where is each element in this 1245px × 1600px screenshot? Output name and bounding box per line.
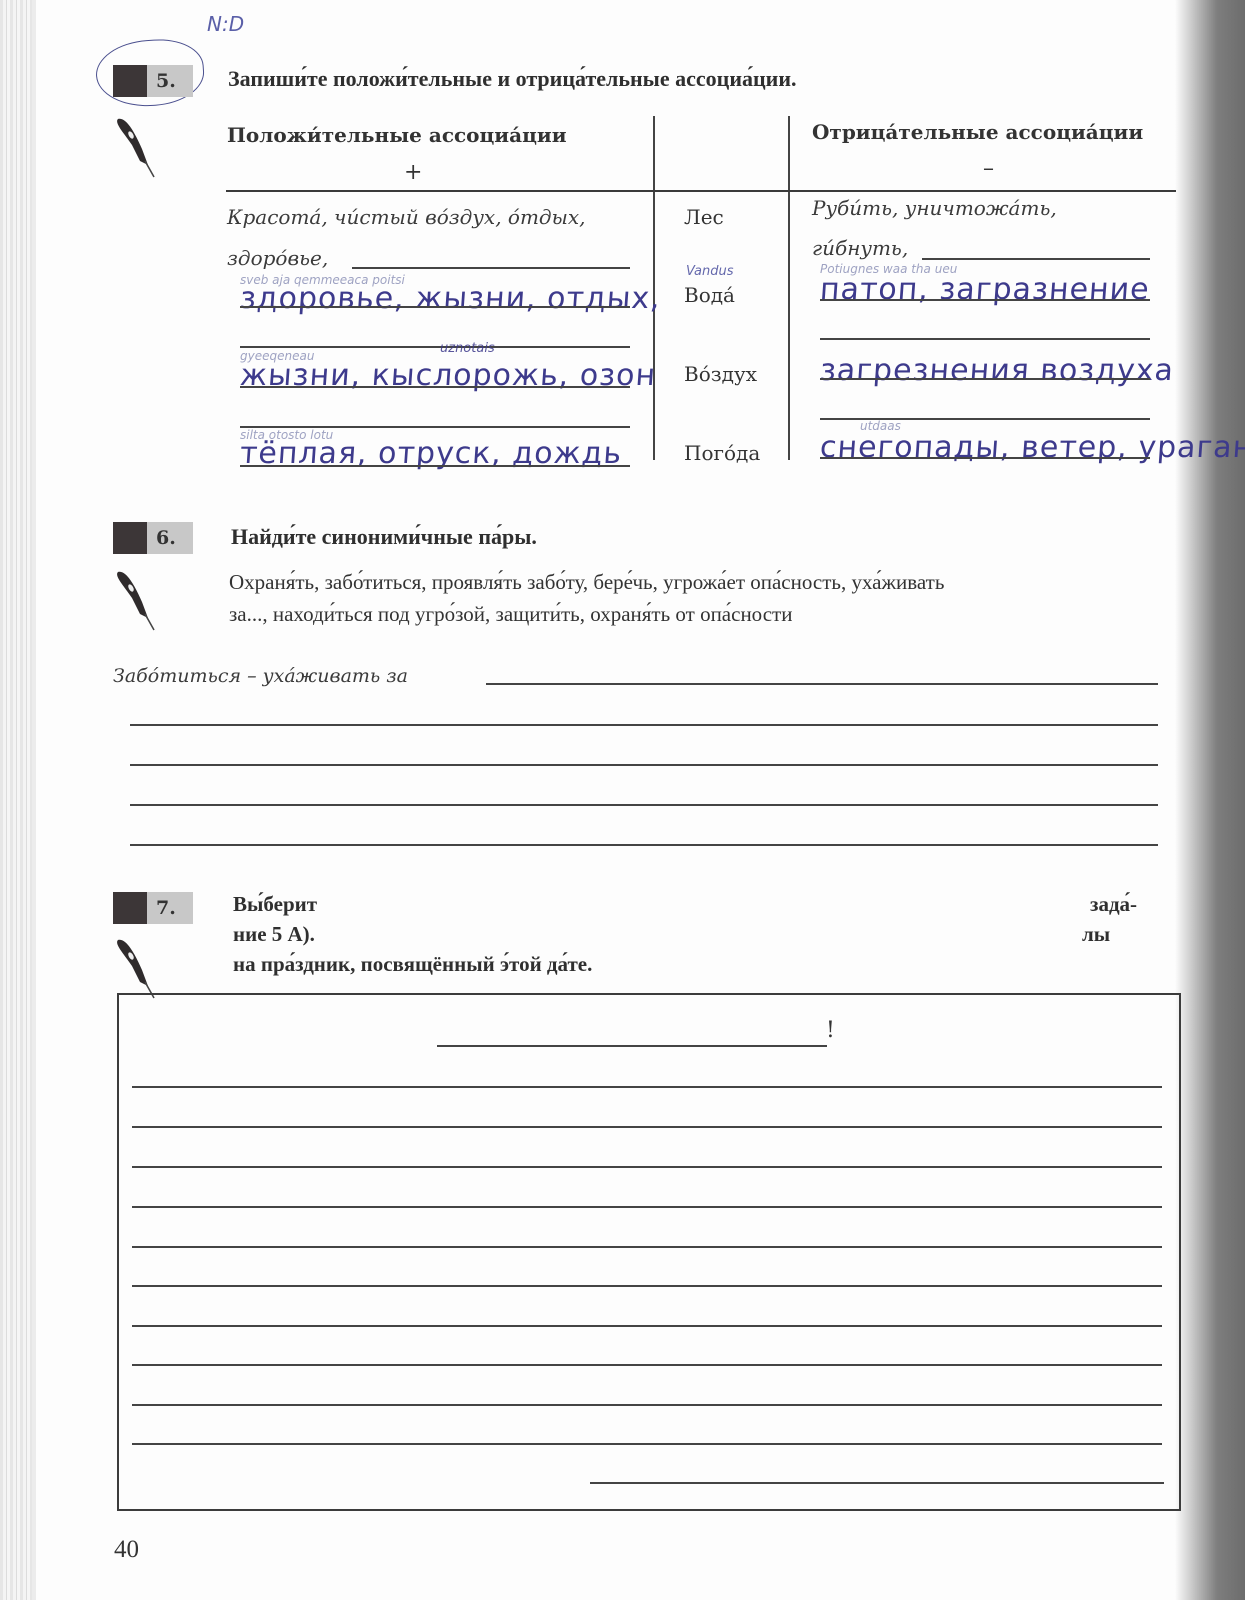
negative-printed-2: ги́бнуть, (812, 236, 908, 260)
example-pair: Забо́титься – уха́живать за (113, 665, 408, 687)
table-divider-right (788, 116, 790, 460)
answer-line[interactable] (132, 1126, 1162, 1128)
handwritten-answer: здоровье, жызни, отдых, (239, 281, 662, 316)
exercise-6-title: Найди́те синоними́чные па́ры. (231, 524, 537, 550)
answer-line[interactable] (132, 1206, 1162, 1208)
exercise-7-title-2-left: ние 5 А). (233, 922, 315, 947)
exercise-7-title-2-right: лы (1082, 922, 1110, 947)
exercise-6-badge: 6. (113, 522, 193, 554)
answer-line[interactable] (130, 764, 1158, 766)
pen-icon (112, 115, 160, 183)
answer-line[interactable] (352, 267, 630, 269)
answer-line[interactable] (132, 1285, 1162, 1287)
answer-line[interactable] (132, 1404, 1162, 1406)
handwritten-answer: снегопады, ветер, ураган (819, 430, 1245, 465)
positive-printed-2: здоро́вье, (227, 246, 328, 270)
positive-sign: + (404, 160, 422, 185)
greeting-exclamation: ! (826, 1018, 835, 1043)
answer-line[interactable] (820, 457, 1150, 459)
answer-line[interactable] (132, 1246, 1162, 1248)
positive-header: Положи́тельные ассоциа́ции (227, 123, 567, 147)
topic-forest: Лес (684, 205, 724, 229)
answer-line[interactable] (240, 346, 630, 348)
exercise-7-title-3: на пра́здник, посвящённый э́той да́те. (233, 952, 592, 977)
exercise-number: 6. (147, 522, 193, 554)
negative-header: Отрица́тельные ассоциа́ции (812, 120, 1143, 144)
pen-icon (112, 568, 160, 636)
exercise-7-title-1-left: Вы́берит (233, 892, 317, 917)
positive-printed-1: Красота́, чи́стый во́здух, о́тдых, (227, 205, 586, 229)
answer-line[interactable] (132, 1443, 1162, 1445)
exercise-number: 5. (147, 65, 193, 97)
answer-line[interactable] (820, 378, 1150, 380)
page-number: 40 (114, 1536, 139, 1564)
table-header-rule (226, 190, 1176, 192)
topic-water: Вода́ (684, 283, 735, 307)
answer-line[interactable] (922, 258, 1150, 260)
answer-line[interactable] (486, 683, 1158, 685)
answer-line[interactable] (130, 844, 1158, 846)
negative-printed-1: Руби́ть, уничтожа́ть, (812, 196, 1057, 220)
answer-line[interactable] (820, 299, 1150, 301)
negative-sign: – (983, 156, 994, 181)
pencil-note: uznotais (440, 341, 495, 356)
answer-line[interactable] (240, 306, 630, 308)
greeting-line[interactable] (437, 1045, 827, 1047)
exercise-7-badge: 7. (113, 892, 193, 924)
handwritten-answer: жызни, кыслорожь, озон (239, 358, 658, 393)
page-stack-edge (0, 0, 32, 1600)
handwritten-answer: загрезнения воздуха (819, 353, 1175, 388)
answer-line[interactable] (240, 386, 630, 388)
handwritten-answer: патоп, загразнение (819, 272, 1151, 307)
answer-line[interactable] (132, 1325, 1162, 1327)
exercise-5-title: Запиши́те положи́тельные и отрица́тельны… (228, 66, 797, 92)
answer-line[interactable] (820, 338, 1150, 340)
signature-line[interactable] (590, 1482, 1164, 1484)
answer-line[interactable] (130, 804, 1158, 806)
word-list-line-1: Охраня́ть, забо́титься, проявля́ть забо́… (229, 566, 944, 598)
handwritten-note-top: N:D (207, 12, 244, 36)
answer-line[interactable] (132, 1166, 1162, 1168)
exercise-number: 7. (147, 892, 193, 924)
answer-line[interactable] (132, 1086, 1162, 1088)
word-list-line-2: за..., находи́ться под угро́зой, защити́… (229, 598, 792, 630)
topic-weather: Пого́да (684, 441, 760, 465)
answer-line[interactable] (130, 724, 1158, 726)
invitation-answer-box (117, 993, 1181, 1511)
answer-line[interactable] (240, 465, 630, 467)
pencil-note: Vandus (686, 264, 734, 279)
book-spine-shadow (1175, 0, 1245, 1600)
exercise-7-title-1-right: зада́- (1090, 892, 1137, 917)
topic-air: Во́здух (684, 362, 757, 386)
answer-line[interactable] (132, 1364, 1162, 1366)
exercise-5-badge: 5. (113, 65, 193, 97)
